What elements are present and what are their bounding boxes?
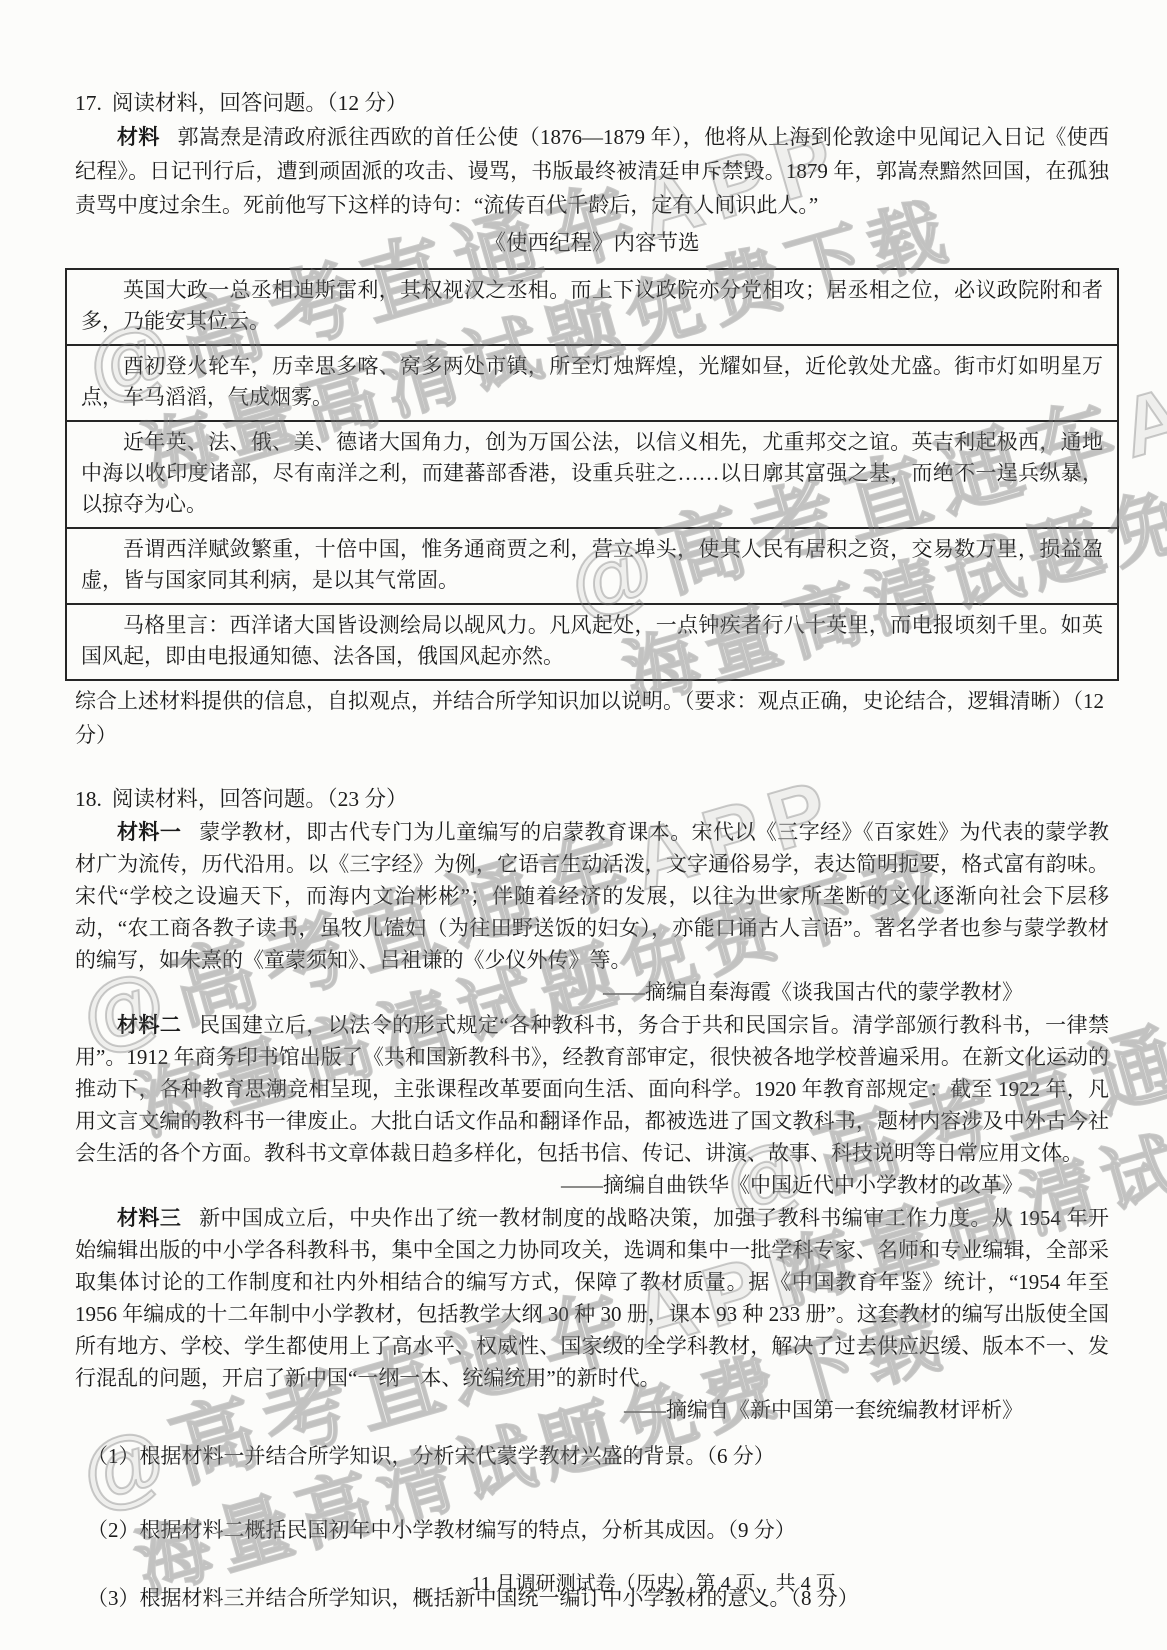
page-footer: 11 月调研测试卷（历史）第 4 页 共 4 页 (70, 1567, 1167, 1596)
question-18-prompt: 阅读材料，回答问题。（23 分） (112, 787, 408, 811)
material-text: 郭嵩焘是清政府派往西欧的首任公使（1876—1879 年），他将从上海到伦敦途中… (75, 125, 1109, 217)
excerpt-table-title: 《使西纪程》内容节选 (75, 226, 1109, 260)
material-2-source: ——摘编自曲铁华《中国近代中小学教材的改革》 (75, 1169, 1109, 1202)
sub-question-1: （1）根据材料一并结合所学知识，分析宋代蒙学教材兴盛的背景。（6 分） (75, 1439, 1109, 1473)
material-2-text: 民国建立后，以法令的形式规定“各种教科书，务合于共和民国宗旨。清学部颁行教科书，… (75, 1013, 1109, 1165)
question-17-prompt: 阅读材料，回答问题。（12 分） (112, 91, 408, 115)
table-row: 酉初登火轮车，历幸思多喀、窝多两处市镇，所至灯烛辉煌，光耀如昼，近伦敦处尤盛。街… (66, 345, 1118, 421)
material-1-text: 蒙学教材，即古代专门为儿童编写的启蒙教育课本。宋代以《三字经》《百家姓》为代表的… (75, 820, 1109, 972)
material-3-label: 材料三 (117, 1206, 181, 1230)
table-row: 马格里言：西洋诸大国皆设测绘局以觇风力。凡风起处，一点钟疾者行八十英里，而电报顷… (66, 604, 1118, 680)
exam-page: @高考直通车APP 海量高清试题免费下载 @高考直通车APP 海量高清试题免费下… (0, 0, 1167, 1650)
material-1-source: ——摘编自秦海霞《谈我国古代的蒙学教材》 (75, 976, 1109, 1009)
table-cell: 马格里言：西洋诸大国皆设测绘局以觇风力。凡风起处，一点钟疾者行八十英里，而电报顷… (66, 604, 1118, 680)
material-2-label: 材料二 (117, 1013, 181, 1037)
page-content: 17.阅读材料，回答问题。（12 分） 材料郭嵩焘是清政府派往西欧的首任公使（1… (75, 86, 1109, 1615)
excerpt-table: 英国大政一总丞相迪斯雷利，其权视汉之丞相。而上下议政院亦分党相攻；居丞相之位，必… (65, 268, 1119, 681)
table-row: 英国大政一总丞相迪斯雷利，其权视汉之丞相。而上下议政院亦分党相攻；居丞相之位，必… (66, 269, 1118, 345)
material-3-source: ——摘编自《新中国第一套统编教材评析》 (75, 1394, 1109, 1427)
table-cell: 吾谓西洋赋敛繁重，十倍中国，惟务通商贾之利，营立埠头，使其人民有居积之资，交易数… (66, 528, 1118, 604)
sub-question-2: （2）根据材料二概括民国初年中小学教材编写的特点，分析其成因。（9 分） (75, 1513, 1109, 1547)
question-17-instruction: 综合上述材料提供的信息，自拟观点，并结合所学知识加以说明。（要求：观点正确，史论… (75, 684, 1109, 752)
question-18-material-3: 材料三新中国成立后，中央作出了统一教材制度的战略决策，加强了教科书编审工作力度。… (75, 1202, 1109, 1394)
question-18-number: 18. (75, 787, 102, 811)
question-18-material-1: 材料一蒙学教材，即古代专门为儿童编写的启蒙教育课本。宋代以《三字经》《百家姓》为… (75, 816, 1109, 976)
question-17-header: 17.阅读材料，回答问题。（12 分） (75, 86, 1109, 120)
question-18-header: 18.阅读材料，回答问题。（23 分） (75, 782, 1109, 816)
material-label: 材料 (117, 125, 160, 149)
material-1-label: 材料一 (117, 820, 181, 844)
question-18-material-2: 材料二民国建立后，以法令的形式规定“各种教科书，务合于共和民国宗旨。清学部颁行教… (75, 1009, 1109, 1169)
table-row: 吾谓西洋赋敛繁重，十倍中国，惟务通商贾之利，营立埠头，使其人民有居积之资，交易数… (66, 528, 1118, 604)
material-3-text: 新中国成立后，中央作出了统一教材制度的战略决策，加强了教科书编审工作力度。从 1… (75, 1206, 1109, 1390)
table-cell: 英国大政一总丞相迪斯雷利，其权视汉之丞相。而上下议政院亦分党相攻；居丞相之位，必… (66, 269, 1118, 345)
question-17-number: 17. (75, 91, 102, 115)
table-cell: 酉初登火轮车，历幸思多喀、窝多两处市镇，所至灯烛辉煌，光耀如昼，近伦敦处尤盛。街… (66, 345, 1118, 421)
question-17-material: 材料郭嵩焘是清政府派往西欧的首任公使（1876—1879 年），他将从上海到伦敦… (75, 120, 1109, 222)
table-cell: 近年英、法、俄、美、德诸大国角力，创为万国公法，以信义相先，尤重邦交之谊。英吉利… (66, 421, 1118, 528)
table-row: 近年英、法、俄、美、德诸大国角力，创为万国公法，以信义相先，尤重邦交之谊。英吉利… (66, 421, 1118, 528)
